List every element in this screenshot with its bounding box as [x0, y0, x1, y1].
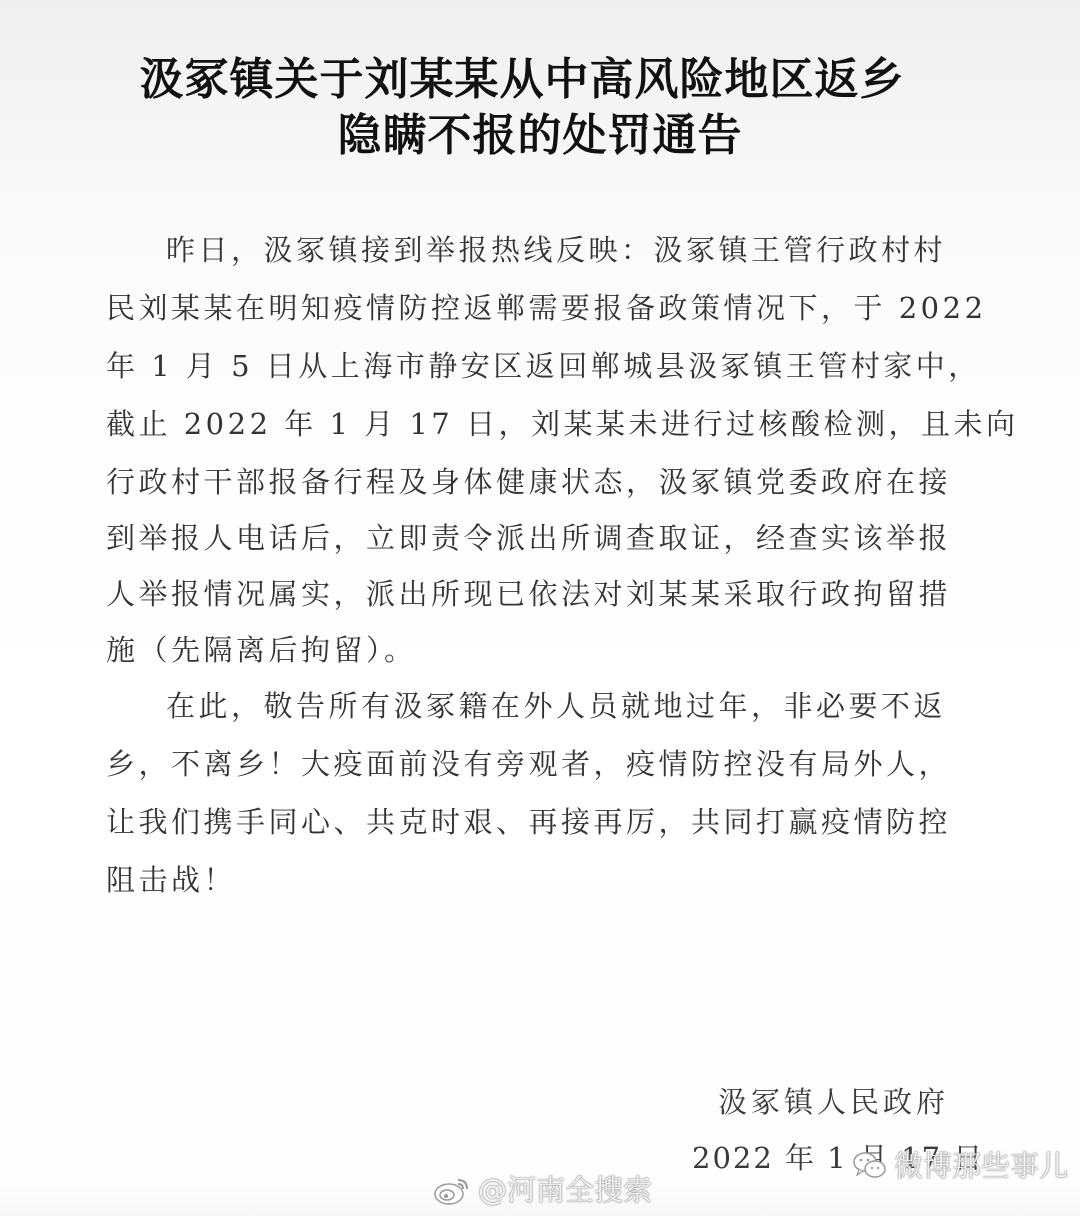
paragraph-line: 年 1 月 5 日从上海市静安区返回郸城县汲冢镇王管村家中，: [106, 348, 946, 384]
paragraph-line: 乡，不离乡！大疫面前没有旁观者，疫情防控没有局外人，: [106, 746, 946, 782]
weibo-watermark-text: @河南全搜索: [478, 1172, 652, 1208]
weibo-icon: [432, 1174, 472, 1206]
paragraph-line: 行政村干部报备行程及身体健康状态，汲冢镇党委政府在接: [106, 464, 946, 500]
notice-title-line-2: 隐瞒不报的处罚通告: [0, 106, 1080, 166]
paragraph-line: 昨日，汲冢镇接到举报热线反映：汲冢镇王管行政村村: [166, 232, 946, 268]
paragraph-line: 到举报人电话后，立即责令派出所调查取证，经查实该举报: [106, 520, 946, 556]
paragraph-line: 施（先隔离后拘留）。: [106, 632, 946, 668]
wechat-watermark: 微博那些事儿: [852, 1148, 1068, 1184]
paragraph-line: 人举报情况属实，派出所现已依法对刘某某采取行政拘留措: [106, 576, 946, 612]
paragraph-line: 截止 2022 年 1 月 17 日，刘某某未进行过核酸检测，且未向: [106, 406, 946, 442]
notice-title-line-1: 汲冢镇关于刘某某从中高风险地区返乡: [0, 50, 1062, 110]
weibo-watermark: @河南全搜索: [432, 1172, 652, 1208]
wechat-watermark-text: 微博那些事儿: [894, 1148, 1068, 1184]
paragraph-line: 民刘某某在明知疫情防控返郸需要报备政策情况下，于 2022: [106, 290, 946, 326]
paragraph-line: 阻击战！: [106, 862, 946, 898]
paragraph-line: 在此，敬告所有汲冢籍在外人员就地过年，非必要不返: [166, 688, 946, 724]
wechat-icon: [852, 1151, 888, 1181]
signature-issuer: 汲冢镇人民政府: [718, 1084, 949, 1120]
paragraph-line: 让我们携手同心、共克时艰、再接再厉，共同打赢疫情防控: [106, 804, 946, 840]
